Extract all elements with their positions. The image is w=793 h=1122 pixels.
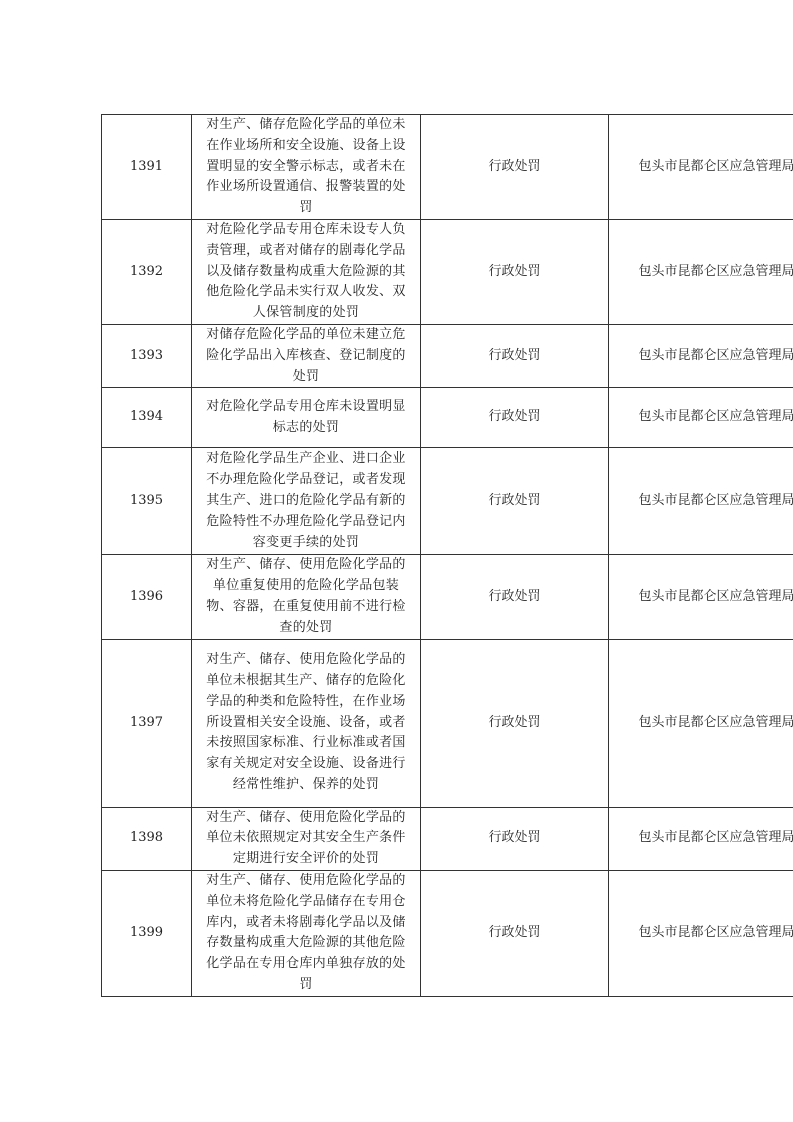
table-row: 1399 对生产、储存、使用危险化学品的单位未将危险化学品储存在专用仓库内，或者… bbox=[102, 870, 793, 996]
table-row: 1391 对生产、储存危险化学品的单位未在作业场所和安全设施、设备上设置明显的安… bbox=[102, 115, 793, 220]
item-description: 对储存危险化学品的单位未建立危险化学品出入库核查、登记制度的处罚 bbox=[192, 325, 421, 388]
item-department: 包头市昆都仑区应急管理局 bbox=[609, 388, 793, 448]
table-row: 1394 对危险化学品专用仓库未设置明显标志的处罚 行政处罚 包头市昆都仑区应急… bbox=[102, 388, 793, 448]
item-number: 1395 bbox=[102, 448, 192, 555]
table-row: 1393 对储存危险化学品的单位未建立危险化学品出入库核查、登记制度的处罚 行政… bbox=[102, 325, 793, 388]
item-description: 对生产、储存、使用危险化学品的单位未将危险化学品储存在专用仓库内，或者未将剧毒化… bbox=[192, 870, 421, 996]
table-row: 1395 对危险化学品生产企业、进口企业不办理危险化学品登记，或者发现其生产、进… bbox=[102, 448, 793, 555]
item-type: 行政处罚 bbox=[421, 220, 609, 325]
table-row: 1396 对生产、储存、使用危险化学品的单位重复使用的危险化学品包装物、容器，在… bbox=[102, 555, 793, 639]
table-row: 1397 对生产、储存、使用危险化学品的单位未根据其生产、储存的危险化学品的种类… bbox=[102, 639, 793, 807]
item-department: 包头市昆都仑区应急管理局 bbox=[609, 115, 793, 220]
item-number: 1393 bbox=[102, 325, 192, 388]
item-description: 对危险化学品专用仓库未设置明显标志的处罚 bbox=[192, 388, 421, 448]
item-number: 1394 bbox=[102, 388, 192, 448]
item-description: 对危险化学品专用仓库未设专人负责管理，或者对储存的剧毒化学品以及储存数量构成重大… bbox=[192, 220, 421, 325]
item-type: 行政处罚 bbox=[421, 325, 609, 388]
item-department: 包头市昆都仑区应急管理局 bbox=[609, 870, 793, 996]
item-department: 包头市昆都仑区应急管理局 bbox=[609, 639, 793, 807]
item-description: 对生产、储存危险化学品的单位未在作业场所和安全设施、设备上设置明显的安全警示标志… bbox=[192, 115, 421, 220]
item-number: 1392 bbox=[102, 220, 192, 325]
item-type: 行政处罚 bbox=[421, 870, 609, 996]
item-department: 包头市昆都仑区应急管理局 bbox=[609, 555, 793, 639]
item-department: 包头市昆都仑区应急管理局 bbox=[609, 325, 793, 388]
penalty-items-table: 1391 对生产、储存危险化学品的单位未在作业场所和安全设施、设备上设置明显的安… bbox=[101, 114, 793, 997]
document-page: 1391 对生产、储存危险化学品的单位未在作业场所和安全设施、设备上设置明显的安… bbox=[0, 0, 793, 1122]
item-type: 行政处罚 bbox=[421, 639, 609, 807]
item-type: 行政处罚 bbox=[421, 388, 609, 448]
item-number: 1398 bbox=[102, 807, 192, 870]
item-department: 包头市昆都仑区应急管理局 bbox=[609, 807, 793, 870]
item-description: 对生产、储存、使用危险化学品的单位未依照规定对其安全生产条件定期进行安全评价的处… bbox=[192, 807, 421, 870]
item-department: 包头市昆都仑区应急管理局 bbox=[609, 448, 793, 555]
item-description: 对危险化学品生产企业、进口企业不办理危险化学品登记，或者发现其生产、进口的危险化… bbox=[192, 448, 421, 555]
item-department: 包头市昆都仑区应急管理局 bbox=[609, 220, 793, 325]
item-type: 行政处罚 bbox=[421, 115, 609, 220]
item-number: 1396 bbox=[102, 555, 192, 639]
item-description: 对生产、储存、使用危险化学品的单位未根据其生产、储存的危险化学品的种类和危险特性… bbox=[192, 639, 421, 807]
table-row: 1398 对生产、储存、使用危险化学品的单位未依照规定对其安全生产条件定期进行安… bbox=[102, 807, 793, 870]
item-number: 1399 bbox=[102, 870, 192, 996]
item-type: 行政处罚 bbox=[421, 448, 609, 555]
item-number: 1397 bbox=[102, 639, 192, 807]
item-number: 1391 bbox=[102, 115, 192, 220]
item-type: 行政处罚 bbox=[421, 807, 609, 870]
table-row: 1392 对危险化学品专用仓库未设专人负责管理，或者对储存的剧毒化学品以及储存数… bbox=[102, 220, 793, 325]
item-description: 对生产、储存、使用危险化学品的单位重复使用的危险化学品包装物、容器，在重复使用前… bbox=[192, 555, 421, 639]
item-type: 行政处罚 bbox=[421, 555, 609, 639]
